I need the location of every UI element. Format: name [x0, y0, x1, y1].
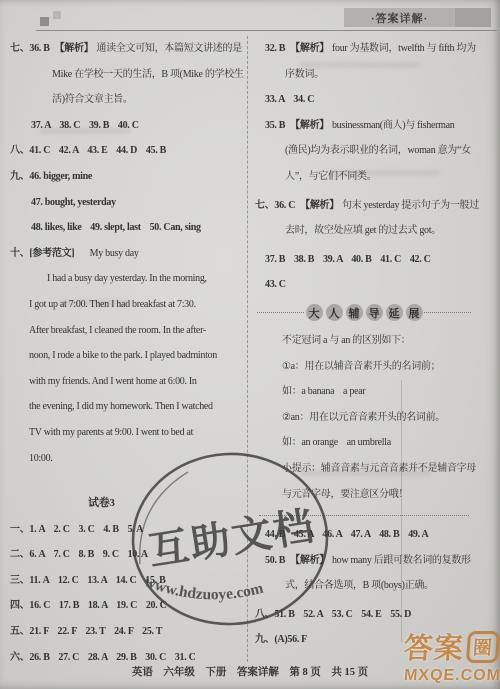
text-line: 活)符合文章主旨。 — [52, 87, 247, 113]
text-line: noon, I rode a bike to the park. I playe… — [29, 343, 247, 369]
badge-character: 辅 — [346, 304, 363, 321]
text-line: 五、21. F 22. F 23. T 24. F 25. T — [10, 619, 247, 645]
text-line: 七、36. B【解析】通读全文可知，本篇短文讲述的是 — [10, 36, 247, 62]
scanned-answer-page: ·答案详解· 七、36. B【解析】通读全文可知，本篇短文讲述的是 Mike 在… — [0, 0, 500, 689]
line-body: ②an：用在以元音音素开头的名词前。 — [282, 412, 445, 423]
badge-character: 大 — [306, 304, 323, 321]
line-lead: 35. B — [265, 120, 285, 131]
text-line: 二、6. A 7. C 8. B 9. C 10. A — [10, 542, 247, 568]
tutoring-tip-badge: 大人辅导延展 — [257, 302, 471, 324]
badge-character: 导 — [366, 304, 383, 321]
text-line: 一、1. A 2. C 3. C 4. B 5. A — [10, 517, 247, 543]
text-line: 32. B【解析】four 为基数词，twelfth 与 fifth 均为 — [265, 36, 473, 62]
text-line: 与元音字母，要注意区分哦！ — [282, 482, 473, 508]
text-line: 小提示：辅音音素与元音音素并不是辅音字母 — [282, 456, 473, 482]
line-body: 序数词。 — [285, 69, 324, 80]
text-line: 八、51. B 52. A 53. C 54. E 55. D — [255, 602, 473, 628]
line-body: After breakfast, I cleaned the room. In … — [29, 325, 206, 336]
line-body: My busy day — [74, 248, 138, 259]
text-line: 八、41. C 42. A 43. E 44. D 45. B — [10, 138, 247, 164]
text-line: 四、16. C 17. B 18. A 19. C 20. C — [10, 593, 247, 619]
text-line: 序数词。 — [285, 62, 473, 88]
line-lead: 三、11. A 12. C 13. A 14. C 15. B — [10, 575, 165, 586]
line-lead: 44. B 45. A 46. A 47. A 48. B 49. A — [265, 529, 428, 540]
line-body: 如：an orange an umbrella — [282, 437, 391, 448]
line-body: 不定冠词 a 与 an 的区别如下： — [282, 335, 410, 346]
analysis-tag: 【解析】 — [290, 555, 329, 566]
line-lead: 二、6. A 7. C 8. B 9. C 10. A — [10, 549, 148, 560]
left-column: 七、36. B【解析】通读全文可知，本篇短文讲述的是 Mike 在学校一天的生活… — [10, 36, 247, 670]
badge-dotted-leader — [257, 312, 304, 313]
line-lead: 十、[参考范文] — [10, 248, 74, 259]
line-lead: 四、16. C 17. B 18. A 19. C 20. C — [10, 600, 167, 611]
line-lead: 47. bought, yesterday — [31, 197, 116, 208]
line-body: 句末 yesterday 提示句子为一般过 — [342, 200, 479, 211]
line-body: 小提示：辅音音素与元音音素并不是辅音字母 — [282, 463, 476, 474]
line-body: noon, I rode a bike to the park. I playe… — [29, 350, 217, 361]
text-line: 试卷3 — [88, 491, 247, 517]
text-line: 三、11. A 12. C 13. A 14. C 15. B — [10, 568, 247, 594]
right-answers-top: 32. B【解析】four 为基数词，twelfth 与 fifth 均为 序数… — [255, 36, 473, 298]
line-lead: 试卷3 — [88, 497, 115, 509]
badge-character: 人 — [326, 304, 343, 321]
line-body: 活)符合文章主旨。 — [52, 94, 133, 105]
line-body: Mike 在学校一天的生活，B 项(Mike 的学校生 — [52, 69, 244, 80]
text-line: 去时，故空处应填 get 的过去式 got。 — [285, 218, 473, 244]
text-line: 50. B【解析】how many 后跟可数名词的复数形 — [265, 548, 473, 574]
line-body: ①a：用在以辅音音素开头的名词前； — [282, 361, 440, 372]
header-badge: ·答案详解· — [344, 8, 455, 27]
line-body: 去时，故空处应填 get 的过去式 got。 — [285, 225, 441, 236]
text-line: I had a busy day yesterday. In the morni… — [47, 266, 247, 292]
badge-character: 延 — [386, 304, 403, 321]
header-badge-label: ·答案详解· — [371, 10, 428, 26]
text-line: ②an：用在以元音音素开头的名词前。 — [282, 405, 473, 431]
line-lead: 32. B — [265, 43, 285, 54]
line-lead: 五、21. F 22. F 23. T 24. F 25. T — [10, 626, 162, 637]
text-line: 37. A 38. C 39. B 40. C — [31, 113, 247, 139]
line-lead: 七、36. B — [10, 43, 50, 54]
text-line: 44. B 45. A 46. A 47. A 48. B 49. A — [265, 522, 473, 548]
line-body: the evening, I did my homework. Then I w… — [29, 401, 213, 412]
badge-dotted-leader — [424, 312, 471, 313]
registration-mark-dark — [40, 17, 49, 26]
text-line: TV with my parents at 9:00. I went to be… — [29, 420, 247, 446]
text-line: 10:00. — [29, 446, 247, 472]
text-line: 48. likes, like 49. slept, last 50. Can,… — [31, 215, 247, 241]
badge-character: 展 — [406, 304, 423, 321]
line-lead: 六、26. B 27. C 28. A 29. B 30. C 31. C — [10, 652, 196, 663]
logo-circle-icon: 圈 — [466, 631, 500, 663]
line-lead: 七、36. C — [255, 200, 295, 211]
analysis-tag: 【解析】 — [290, 43, 329, 54]
text-line: 如：a banana a pear — [282, 379, 473, 405]
line-body: 式，结合各选项，B 项(boys)正确。 — [285, 580, 434, 591]
text-line: 47. bought, yesterday — [31, 190, 247, 216]
line-lead: 37. B 38. B 39. A 40. B 41. C 42. C — [265, 254, 431, 265]
text-line — [10, 471, 247, 491]
line-lead: 37. A 38. C 39. B 40. C — [31, 120, 139, 131]
line-body: (渔民)均为表示职业的名词，woman 意为“女 — [285, 145, 471, 156]
text-line: I got up at 7:00. Then I had breakfast a… — [29, 292, 247, 318]
line-lead: 八、51. B 52. A 53. C 54. E 55. D — [255, 609, 411, 620]
line-lead: 一、1. A 2. C 3. C 4. B 5. A — [10, 524, 143, 535]
right-column: 32. B【解析】four 为基数词，twelfth 与 fifth 均为 序数… — [255, 36, 473, 653]
text-line: 不定冠词 a 与 an 的区别如下： — [282, 328, 473, 354]
line-lead: 33. A 34. C — [265, 94, 314, 105]
text-line: 式，结合各选项，B 项(boys)正确。 — [285, 573, 473, 599]
text-line: 九、46. bigger, mine — [10, 164, 247, 190]
line-body: I got up at 7:00. Then I had breakfast a… — [29, 299, 196, 310]
line-lead: 九、(A)56. F — [255, 634, 307, 645]
line-body: TV with my parents at 9:00. I went to be… — [29, 427, 193, 438]
line-lead: 八、41. C 42. A 43. E 44. D 45. B — [10, 145, 166, 156]
line-body: 人”，与它们不同类。 — [285, 171, 376, 182]
text-line: Mike 在学校一天的生活，B 项(Mike 的学校生 — [52, 62, 247, 88]
line-body: I had a busy day yesterday. In the morni… — [47, 273, 207, 284]
line-lead: 50. B — [265, 555, 285, 566]
page-footer: 英语 六年级 下册 答案详解 第 8 页 共 15 页 — [0, 664, 500, 679]
badge-characters: 大人辅导延展 — [304, 304, 424, 321]
logo-wordmark: 答案 圈 — [403, 626, 500, 667]
line-body: four 为基数词，twelfth 与 fifth 均为 — [332, 43, 476, 54]
line-lead: 九、46. bigger, mine — [10, 171, 92, 182]
dotted-divider — [259, 515, 469, 516]
analysis-tag: 【解析】 — [55, 43, 94, 54]
text-line: 33. A 34. C — [265, 87, 473, 113]
analysis-tag: 【解析】 — [290, 120, 329, 131]
line-body: businessman(商人)与 fisherman — [332, 120, 454, 131]
line-body: 如：a banana a pear — [282, 386, 365, 397]
analysis-tag: 【解析】 — [300, 200, 339, 211]
line-body: 10:00. — [29, 453, 52, 464]
line-body: with my friends. And I went home at 6:00… — [29, 376, 197, 387]
header-corner-block — [455, 8, 491, 27]
text-line: 人”，与它们不同类。 — [285, 164, 473, 190]
tip-notes: 不定冠词 a 与 an 的区别如下： ①a：用在以辅音音素开头的名词前； 如：a… — [255, 328, 473, 507]
line-body: 通读全文可知，本篇短文讲述的是 — [96, 43, 242, 54]
column-divider — [247, 36, 248, 662]
text-line: (渔民)均为表示职业的名词，woman 意为“女 — [285, 138, 473, 164]
line-lead: 48. likes, like 49. slept, last 50. Can,… — [31, 222, 201, 233]
text-line: After breakfast, I cleaned the room. In … — [29, 318, 247, 344]
line-body: 与元音字母，要注意区分哦！ — [282, 489, 408, 500]
header-rule — [36, 30, 497, 31]
text-line: 十、[参考范文] My busy day — [10, 241, 247, 267]
text-line: ①a：用在以辅音音素开头的名词前； — [282, 354, 473, 380]
text-line: 如：an orange an umbrella — [282, 430, 473, 456]
registration-mark-light — [53, 11, 61, 19]
line-lead: 43. C — [265, 279, 286, 290]
line-body: how many 后跟可数名词的复数形 — [332, 555, 471, 566]
text-line: 七、36. C【解析】句末 yesterday 提示句子为一般过 — [255, 193, 473, 219]
text-line: the evening, I did my homework. Then I w… — [29, 394, 247, 420]
logo-text: 答案 — [403, 626, 466, 667]
text-line: 37. B 38. B 39. A 40. B 41. C 42. C — [265, 247, 473, 273]
text-line: 43. C — [265, 272, 473, 298]
text-line: with my friends. And I went home at 6:00… — [29, 369, 247, 395]
text-line: 35. B【解析】businessman(商人)与 fisherman — [265, 113, 473, 139]
